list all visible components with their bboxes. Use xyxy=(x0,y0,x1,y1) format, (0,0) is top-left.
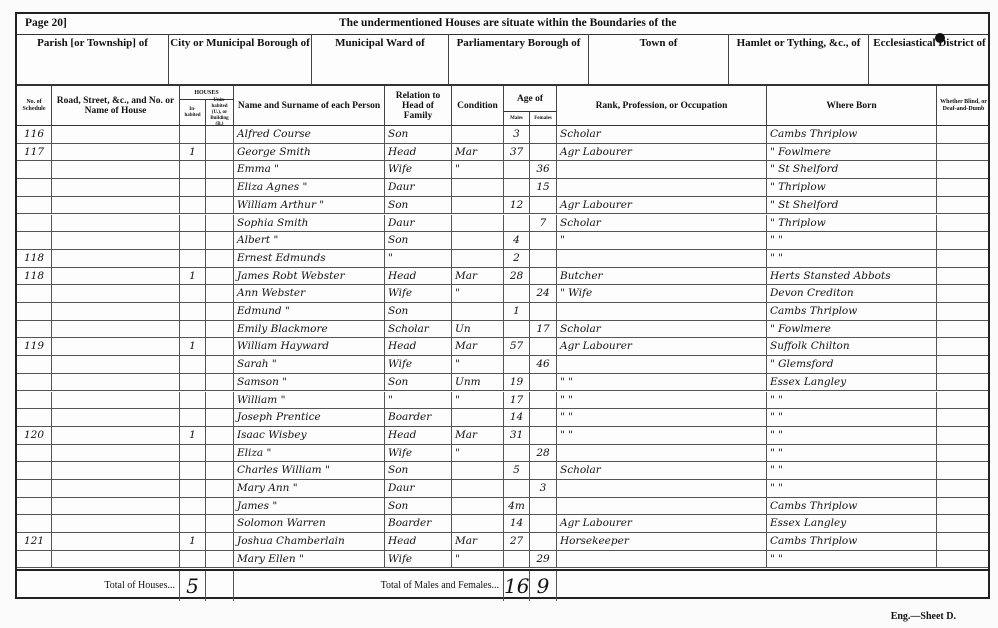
cell-female-age xyxy=(530,392,557,410)
cell-born: " " xyxy=(767,445,937,463)
cell-uninhabited xyxy=(206,285,234,303)
cell-born: " Thriplow xyxy=(767,215,937,233)
cell-relation: Wife xyxy=(385,356,452,374)
cell-relation: Son xyxy=(385,462,452,480)
table-row: 118Ernest Edmunds"2" " xyxy=(17,250,988,268)
cell-blind xyxy=(937,533,990,551)
cell-uninhabited xyxy=(206,515,234,533)
cell-born: " " xyxy=(767,392,937,410)
header-males: Males xyxy=(504,112,530,126)
cell-occupation: Horsekeeper xyxy=(557,533,767,551)
table-row: Ann WebsterWife"24" WifeDevon Crediton xyxy=(17,285,988,303)
header-age: Age of xyxy=(504,86,557,112)
cell-name: Edmund " xyxy=(234,303,385,321)
cell-relation: Head xyxy=(385,533,452,551)
cell-blind xyxy=(937,215,990,233)
cell-road xyxy=(52,250,180,268)
table-row: Samson "SonUnm19" "Essex Langley xyxy=(17,374,988,392)
cell-male-age xyxy=(504,285,530,303)
cell-occupation xyxy=(557,551,767,569)
cell-male-age: 31 xyxy=(504,427,530,445)
table-row: William Arthur "Son12Agr Labourer" St Sh… xyxy=(17,197,988,215)
total-males-value: 16 xyxy=(504,571,530,601)
table-row: Eliza "Wife"28" " xyxy=(17,445,988,463)
cell-born: " Glemsford xyxy=(767,356,937,374)
cell-occupation xyxy=(557,498,767,516)
ink-blot xyxy=(935,33,945,43)
cell-condition: " xyxy=(452,285,504,303)
cell-road xyxy=(52,533,180,551)
cell-male-age xyxy=(504,480,530,498)
table-row: Albert "Son4"" " xyxy=(17,232,988,250)
cell-born: Cambs Thriplow xyxy=(767,126,937,144)
cell-schedule xyxy=(17,356,52,374)
cell-schedule: 119 xyxy=(17,338,52,356)
cell-condition xyxy=(452,232,504,250)
cell-inhabited xyxy=(180,515,206,533)
cell-road xyxy=(52,551,180,569)
cell-inhabited: 1 xyxy=(180,533,206,551)
cell-condition xyxy=(452,215,504,233)
cell-born: Suffolk Chilton xyxy=(767,338,937,356)
cell-relation: Son xyxy=(385,126,452,144)
cell-relation: Head xyxy=(385,427,452,445)
header-schedule: No. of Schedule xyxy=(17,86,52,126)
boundary-parish: Parish [or Township] of xyxy=(17,34,169,84)
cell-relation: " xyxy=(385,392,452,410)
cell-road xyxy=(52,321,180,339)
cell-blind xyxy=(937,462,990,480)
cell-condition: Mar xyxy=(452,427,504,445)
cell-relation: Wife xyxy=(385,161,452,179)
cell-name: Albert " xyxy=(234,232,385,250)
cell-schedule xyxy=(17,285,52,303)
boundary-town: Town of xyxy=(589,34,729,84)
cell-road xyxy=(52,427,180,445)
cell-born: " Fowlmere xyxy=(767,144,937,162)
cell-road xyxy=(52,356,180,374)
cell-condition: Mar xyxy=(452,533,504,551)
cell-relation: Daur xyxy=(385,179,452,197)
cell-blind xyxy=(937,356,990,374)
cell-born: Essex Langley xyxy=(767,515,937,533)
cell-uninhabited xyxy=(206,232,234,250)
table-row: Mary Ellen "Wife"29" " xyxy=(17,551,988,569)
cell-female-age: 28 xyxy=(530,445,557,463)
cell-road xyxy=(52,392,180,410)
cell-name: Eliza " xyxy=(234,445,385,463)
cell-blind xyxy=(937,303,990,321)
cell-condition: " xyxy=(452,356,504,374)
header-relation: Relation to Head of Family xyxy=(385,86,452,126)
cell-female-age: 24 xyxy=(530,285,557,303)
cell-occupation: " " xyxy=(557,392,767,410)
cell-road xyxy=(52,285,180,303)
cell-schedule xyxy=(17,232,52,250)
cell-born: " Thriplow xyxy=(767,179,937,197)
cell-born: Herts Stansted Abbots xyxy=(767,268,937,286)
cell-condition xyxy=(452,250,504,268)
cell-schedule xyxy=(17,161,52,179)
cell-blind xyxy=(937,515,990,533)
table-row: Emily BlackmoreScholarUn17Scholar" Fowlm… xyxy=(17,321,988,339)
cell-condition xyxy=(452,179,504,197)
cell-male-age: 14 xyxy=(504,515,530,533)
cell-condition: " xyxy=(452,445,504,463)
cell-occupation: Agr Labourer xyxy=(557,515,767,533)
cell-blind xyxy=(937,161,990,179)
cell-born: " " xyxy=(767,480,937,498)
cell-inhabited xyxy=(180,215,206,233)
cell-relation: Son xyxy=(385,232,452,250)
cell-road xyxy=(52,409,180,427)
boundaries-row: Parish [or Township] of City or Municipa… xyxy=(17,34,988,86)
cell-relation: Wife xyxy=(385,285,452,303)
cell-blind xyxy=(937,144,990,162)
cell-relation: Head xyxy=(385,268,452,286)
cell-schedule xyxy=(17,321,52,339)
boundary-ecclesiastical-district: Ecclesiastical District of xyxy=(869,34,990,84)
cell-female-age xyxy=(530,126,557,144)
cell-name: Ernest Edmunds xyxy=(234,250,385,268)
cell-schedule: 116 xyxy=(17,126,52,144)
cell-female-age xyxy=(530,374,557,392)
cell-male-age: 14 xyxy=(504,409,530,427)
cell-inhabited: 1 xyxy=(180,268,206,286)
table-row: Sarah "Wife"46" Glemsford xyxy=(17,356,988,374)
cell-born: " Fowlmere xyxy=(767,321,937,339)
cell-female-age: 3 xyxy=(530,480,557,498)
cell-road xyxy=(52,126,180,144)
cell-inhabited xyxy=(180,498,206,516)
cell-born: " " xyxy=(767,409,937,427)
cell-inhabited: 1 xyxy=(180,144,206,162)
table-row: 1201Isaac WisbeyHeadMar31" "" " xyxy=(17,427,988,445)
total-houses-value: 5 xyxy=(180,571,206,601)
cell-road xyxy=(52,303,180,321)
table-row: Eliza Agnes "Daur15" Thriplow xyxy=(17,179,988,197)
cell-condition: Mar xyxy=(452,338,504,356)
cell-inhabited: 1 xyxy=(180,427,206,445)
cell-name: Joseph Prentice xyxy=(234,409,385,427)
cell-inhabited xyxy=(180,321,206,339)
cell-condition xyxy=(452,480,504,498)
cell-blind xyxy=(937,285,990,303)
total-persons-label: Total of Males and Females... xyxy=(234,571,504,601)
boundary-municipal-ward: Municipal Ward of xyxy=(312,34,449,84)
cell-schedule xyxy=(17,374,52,392)
census-sheet: Page 20] The undermentioned Houses are s… xyxy=(15,12,990,599)
header-where-born: Where Born xyxy=(767,86,937,126)
cell-male-age: 5 xyxy=(504,462,530,480)
cell-male-age: 3 xyxy=(504,126,530,144)
cell-name: Joshua Chamberlain xyxy=(234,533,385,551)
cell-occupation: Scholar xyxy=(557,215,767,233)
cell-occupation: Scholar xyxy=(557,321,767,339)
cell-uninhabited xyxy=(206,179,234,197)
cell-born: " " xyxy=(767,551,937,569)
cell-condition: " xyxy=(452,161,504,179)
cell-female-age xyxy=(530,462,557,480)
cell-blind xyxy=(937,374,990,392)
cell-born: " " xyxy=(767,462,937,480)
cell-relation: Boarder xyxy=(385,409,452,427)
cell-female-age xyxy=(530,232,557,250)
cell-occupation: Scholar xyxy=(557,462,767,480)
cell-name: William Hayward xyxy=(234,338,385,356)
cell-uninhabited xyxy=(206,161,234,179)
cell-name: Sarah " xyxy=(234,356,385,374)
cell-uninhabited xyxy=(206,268,234,286)
cell-born: Devon Crediton xyxy=(767,285,937,303)
cell-road xyxy=(52,515,180,533)
totals-blank xyxy=(557,571,990,601)
cell-name: Solomon Warren xyxy=(234,515,385,533)
cell-male-age: 27 xyxy=(504,533,530,551)
cell-blind xyxy=(937,409,990,427)
cell-blind xyxy=(937,498,990,516)
table-row: James "Son4mCambs Thriplow xyxy=(17,498,988,516)
boundary-hamlet: Hamlet or Tything, &c., of xyxy=(729,34,869,84)
cell-born: Cambs Thriplow xyxy=(767,498,937,516)
cell-inhabited xyxy=(180,392,206,410)
cell-female-age: 29 xyxy=(530,551,557,569)
cell-occupation: " Wife xyxy=(557,285,767,303)
cell-road xyxy=(52,197,180,215)
cell-schedule xyxy=(17,498,52,516)
table-row: Emma "Wife"36" St Shelford xyxy=(17,161,988,179)
cell-blind xyxy=(937,197,990,215)
cell-blind xyxy=(937,232,990,250)
cell-born: " " xyxy=(767,427,937,445)
cell-male-age xyxy=(504,445,530,463)
cell-name: Alfred Course xyxy=(234,126,385,144)
cell-female-age xyxy=(530,250,557,268)
cell-inhabited xyxy=(180,374,206,392)
header-condition: Condition xyxy=(452,86,504,126)
cell-inhabited xyxy=(180,462,206,480)
table-row: William """17" "" " xyxy=(17,392,988,410)
cell-occupation xyxy=(557,303,767,321)
cell-road xyxy=(52,480,180,498)
cell-blind xyxy=(937,551,990,569)
cell-relation: Head xyxy=(385,338,452,356)
cell-schedule: 117 xyxy=(17,144,52,162)
cell-female-age: 7 xyxy=(530,215,557,233)
cell-male-age: 4m xyxy=(504,498,530,516)
cell-schedule: 121 xyxy=(17,533,52,551)
table-row: 1181James Robt WebsterHeadMar28ButcherHe… xyxy=(17,268,988,286)
cell-schedule xyxy=(17,480,52,498)
cell-schedule: 118 xyxy=(17,250,52,268)
cell-male-age: 4 xyxy=(504,232,530,250)
sheet-footer: Eng.—Sheet D. xyxy=(891,611,956,622)
cell-road xyxy=(52,161,180,179)
totals-row: Total of Houses... 5 Total of Males and … xyxy=(17,569,988,601)
cell-schedule: 118 xyxy=(17,268,52,286)
cell-name: Ann Webster xyxy=(234,285,385,303)
header-uninhabited: Unin-habited (U.), or Building (B.) xyxy=(206,100,234,126)
cell-uninhabited xyxy=(206,480,234,498)
table-row: 1171George SmithHeadMar37Agr Labourer" F… xyxy=(17,144,988,162)
cell-inhabited xyxy=(180,197,206,215)
cell-name: Charles William " xyxy=(234,462,385,480)
cell-relation: Daur xyxy=(385,215,452,233)
table-row: Sophia SmithDaur7Scholar" Thriplow xyxy=(17,215,988,233)
cell-uninhabited xyxy=(206,321,234,339)
cell-relation: Son xyxy=(385,498,452,516)
cell-male-age xyxy=(504,161,530,179)
cell-relation: Head xyxy=(385,144,452,162)
cell-relation: Daur xyxy=(385,480,452,498)
cell-occupation: Agr Labourer xyxy=(557,338,767,356)
cell-female-age xyxy=(530,427,557,445)
cell-female-age xyxy=(530,515,557,533)
cell-name: Mary Ellen " xyxy=(234,551,385,569)
cell-uninhabited xyxy=(206,533,234,551)
cell-born: " St Shelford xyxy=(767,161,937,179)
cell-condition: " xyxy=(452,392,504,410)
cell-name: Eliza Agnes " xyxy=(234,179,385,197)
cell-inhabited xyxy=(180,409,206,427)
cell-name: Emma " xyxy=(234,161,385,179)
cell-name: James " xyxy=(234,498,385,516)
cell-blind xyxy=(937,480,990,498)
cell-inhabited xyxy=(180,232,206,250)
cell-road xyxy=(52,232,180,250)
cell-inhabited xyxy=(180,551,206,569)
cell-relation: " xyxy=(385,250,452,268)
cell-male-age: 1 xyxy=(504,303,530,321)
census-table: No. of Schedule Road, Street, &c., and N… xyxy=(17,86,988,599)
header-occupation: Rank, Profession, or Occupation xyxy=(557,86,767,126)
cell-relation: Son xyxy=(385,197,452,215)
cell-occupation xyxy=(557,356,767,374)
cell-occupation: Butcher xyxy=(557,268,767,286)
cell-inhabited xyxy=(180,303,206,321)
table-row: Solomon WarrenBoarder14Agr LabourerEssex… xyxy=(17,515,988,533)
cell-inhabited xyxy=(180,480,206,498)
cell-schedule xyxy=(17,409,52,427)
cell-uninhabited xyxy=(206,338,234,356)
cell-male-age xyxy=(504,215,530,233)
cell-condition: Un xyxy=(452,321,504,339)
cell-male-age xyxy=(504,551,530,569)
table-row: Mary Ann "Daur3" " xyxy=(17,480,988,498)
cell-female-age: 46 xyxy=(530,356,557,374)
cell-born: Cambs Thriplow xyxy=(767,303,937,321)
total-females-value: 9 xyxy=(530,571,557,601)
cell-blind xyxy=(937,268,990,286)
cell-inhabited xyxy=(180,445,206,463)
cell-road xyxy=(52,268,180,286)
cell-relation: Wife xyxy=(385,551,452,569)
cell-occupation xyxy=(557,480,767,498)
cell-male-age: 57 xyxy=(504,338,530,356)
cell-relation: Wife xyxy=(385,445,452,463)
cell-condition: Unm xyxy=(452,374,504,392)
cell-schedule xyxy=(17,197,52,215)
cell-occupation: " " xyxy=(557,409,767,427)
header-females: Females xyxy=(530,112,557,126)
cell-condition xyxy=(452,409,504,427)
cell-uninhabited xyxy=(206,551,234,569)
cell-occupation: Agr Labourer xyxy=(557,197,767,215)
cell-name: Mary Ann " xyxy=(234,480,385,498)
cell-relation: Scholar xyxy=(385,321,452,339)
table-row: 1211Joshua ChamberlainHeadMar27Horsekeep… xyxy=(17,533,988,551)
cell-inhabited xyxy=(180,179,206,197)
cell-blind xyxy=(937,427,990,445)
cell-female-age xyxy=(530,144,557,162)
cell-schedule: 120 xyxy=(17,427,52,445)
cell-male-age: 37 xyxy=(504,144,530,162)
cell-occupation xyxy=(557,179,767,197)
cell-female-age xyxy=(530,409,557,427)
boundary-municipal-borough: City or Municipal Borough of xyxy=(169,34,312,84)
cell-condition xyxy=(452,303,504,321)
cell-occupation xyxy=(557,445,767,463)
cell-schedule xyxy=(17,179,52,197)
cell-road xyxy=(52,179,180,197)
cell-uninhabited xyxy=(206,356,234,374)
cell-female-age xyxy=(530,197,557,215)
cell-born: " " xyxy=(767,232,937,250)
cell-blind xyxy=(937,179,990,197)
cell-female-age xyxy=(530,498,557,516)
cell-relation: Son xyxy=(385,374,452,392)
cell-occupation xyxy=(557,250,767,268)
cell-uninhabited xyxy=(206,445,234,463)
cell-blind xyxy=(937,392,990,410)
cell-born: " " xyxy=(767,250,937,268)
cell-road xyxy=(52,374,180,392)
cell-blind xyxy=(937,126,990,144)
cell-road xyxy=(52,215,180,233)
cell-relation: Son xyxy=(385,303,452,321)
cell-inhabited xyxy=(180,356,206,374)
cell-schedule xyxy=(17,303,52,321)
header-road: Road, Street, &c., and No. or Name of Ho… xyxy=(52,86,180,126)
cell-name: George Smith xyxy=(234,144,385,162)
cell-occupation: Agr Labourer xyxy=(557,144,767,162)
cell-blind xyxy=(937,338,990,356)
cell-uninhabited xyxy=(206,498,234,516)
cell-uninhabited xyxy=(206,374,234,392)
page-heading: The undermentioned Houses are situate wi… xyxy=(339,17,676,29)
cell-uninhabited xyxy=(206,215,234,233)
cell-road xyxy=(52,144,180,162)
header-blind: Whether Blind, or Deaf-and-Dumb xyxy=(937,86,990,126)
cell-male-age: 2 xyxy=(504,250,530,268)
cell-schedule xyxy=(17,445,52,463)
cell-blind xyxy=(937,445,990,463)
cell-male-age xyxy=(504,179,530,197)
cell-female-age xyxy=(530,338,557,356)
cell-uninhabited xyxy=(206,462,234,480)
cell-name: James Robt Webster xyxy=(234,268,385,286)
cell-inhabited xyxy=(180,285,206,303)
cell-schedule xyxy=(17,462,52,480)
cell-uninhabited xyxy=(206,427,234,445)
total-uninhabited-value xyxy=(206,571,234,601)
cell-uninhabited xyxy=(206,392,234,410)
cell-inhabited xyxy=(180,250,206,268)
title-row: Page 20] The undermentioned Houses are s… xyxy=(17,14,988,35)
cell-female-age xyxy=(530,303,557,321)
cell-occupation: " " xyxy=(557,374,767,392)
cell-blind xyxy=(937,321,990,339)
